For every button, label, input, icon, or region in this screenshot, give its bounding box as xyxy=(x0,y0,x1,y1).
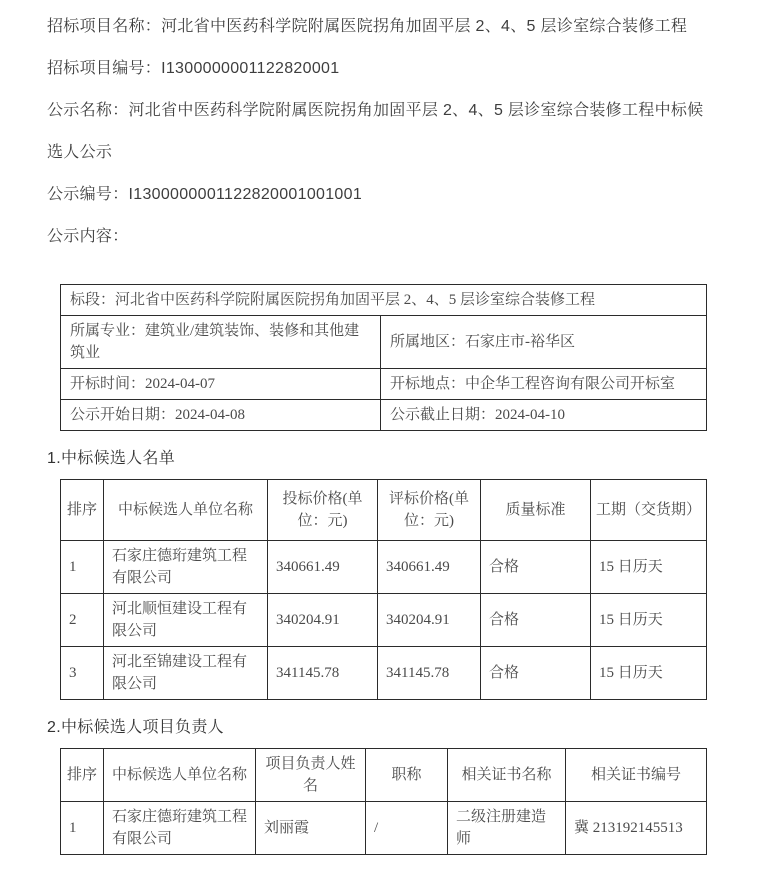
column-header-certificate-name: 相关证书名称 xyxy=(448,749,566,802)
table-header-row: 排序 中标候选人单位名称 投标价格(单位：元) 评标价格(单位：元) 质量标准 … xyxy=(61,480,707,541)
quality-cell: 合格 xyxy=(481,594,591,647)
duration-cell: 15 日历天 xyxy=(591,594,707,647)
announcement-content-label: 公示内容： xyxy=(47,216,708,258)
section-title-candidates: 1.中标候选人名单 xyxy=(47,447,708,471)
company-cell: 河北至锦建设工程有限公司 xyxy=(104,647,268,700)
job-title-cell: / xyxy=(366,802,448,855)
announcement-name: 公示名称：河北省中医药科学院附属医院拐角加固平层 2、4、5 层诊室综合装修工程… xyxy=(47,90,708,174)
company-cell: 河北顺恒建设工程有限公司 xyxy=(104,594,268,647)
project-leader-table: 排序 中标候选人单位名称 项目负责人姓名 职称 相关证书名称 相关证书编号 1 … xyxy=(60,748,707,855)
candidates-table: 排序 中标候选人单位名称 投标价格(单位：元) 评标价格(单位：元) 质量标准 … xyxy=(60,479,707,700)
table-header-row: 排序 中标候选人单位名称 项目负责人姓名 职称 相关证书名称 相关证书编号 xyxy=(61,749,707,802)
industry-cell: 所属专业：建筑业/建筑装饰、装修和其他建筑业 xyxy=(61,316,381,369)
table-row: 所属专业：建筑业/建筑装饰、装修和其他建筑业 所属地区：石家庄市-裕华区 xyxy=(61,316,707,369)
rank-cell: 3 xyxy=(61,647,104,700)
table-row: 1 石家庄德珩建筑工程有限公司 刘丽霞 / 二级注册建造师 冀 21319214… xyxy=(61,802,707,855)
eval-price-cell: 341145.78 xyxy=(378,647,481,700)
rank-cell: 1 xyxy=(61,541,104,594)
bid-price-cell: 341145.78 xyxy=(268,647,378,700)
bid-price-cell: 340204.91 xyxy=(268,594,378,647)
opening-time-cell: 开标时间：2024-04-07 xyxy=(61,369,381,400)
table-row: 公示开始日期：2024-04-08 公示截止日期：2024-04-10 xyxy=(61,400,707,431)
publicity-start-cell: 公示开始日期：2024-04-08 xyxy=(61,400,381,431)
bid-section-cell: 标段：河北省中医药科学院附属医院拐角加固平层 2、4、5 层诊室综合装修工程 xyxy=(61,285,707,316)
table-row: 标段：河北省中医药科学院附属医院拐角加固平层 2、4、5 层诊室综合装修工程 xyxy=(61,285,707,316)
leader-name-cell: 刘丽霞 xyxy=(256,802,366,855)
publicity-end-cell: 公示截止日期：2024-04-10 xyxy=(381,400,707,431)
column-header-leader-name: 项目负责人姓名 xyxy=(256,749,366,802)
column-header-rank: 排序 xyxy=(61,749,104,802)
certificate-number-cell: 冀 213192145513 xyxy=(566,802,707,855)
column-header-rank: 排序 xyxy=(61,480,104,541)
eval-price-cell: 340204.91 xyxy=(378,594,481,647)
column-header-certificate-number: 相关证书编号 xyxy=(566,749,707,802)
column-header-quality: 质量标准 xyxy=(481,480,591,541)
rank-cell: 1 xyxy=(61,802,104,855)
duration-cell: 15 日历天 xyxy=(591,647,707,700)
column-header-job-title: 职称 xyxy=(366,749,448,802)
company-cell: 石家庄德珩建筑工程有限公司 xyxy=(104,802,256,855)
column-header-eval-price: 评标价格(单位：元) xyxy=(378,480,481,541)
column-header-duration: 工期（交货期） xyxy=(591,480,707,541)
eval-price-cell: 340661.49 xyxy=(378,541,481,594)
certificate-name-cell: 二级注册建造师 xyxy=(448,802,566,855)
table-row: 开标时间：2024-04-07 开标地点：中企华工程咨询有限公司开标室 xyxy=(61,369,707,400)
table-row: 1 石家庄德珩建筑工程有限公司 340661.49 340661.49 合格 1… xyxy=(61,541,707,594)
quality-cell: 合格 xyxy=(481,647,591,700)
opening-place-cell: 开标地点：中企华工程咨询有限公司开标室 xyxy=(381,369,707,400)
table-row: 3 河北至锦建设工程有限公司 341145.78 341145.78 合格 15… xyxy=(61,647,707,700)
project-info-table: 标段：河北省中医药科学院附属医院拐角加固平层 2、4、5 层诊室综合装修工程 所… xyxy=(60,284,707,431)
section-title-leaders: 2.中标候选人项目负责人 xyxy=(47,716,708,740)
bid-project-name: 招标项目名称：河北省中医药科学院附属医院拐角加固平层 2、4、5 层诊室综合装修… xyxy=(47,6,708,48)
announcement-document: 招标项目名称：河北省中医药科学院附属医院拐角加固平层 2、4、5 层诊室综合装修… xyxy=(0,0,765,855)
column-header-bid-price: 投标价格(单位：元) xyxy=(268,480,378,541)
column-header-company: 中标候选人单位名称 xyxy=(104,480,268,541)
bid-price-cell: 340661.49 xyxy=(268,541,378,594)
region-cell: 所属地区：石家庄市-裕华区 xyxy=(381,316,707,369)
table-row: 2 河北顺恒建设工程有限公司 340204.91 340204.91 合格 15… xyxy=(61,594,707,647)
company-cell: 石家庄德珩建筑工程有限公司 xyxy=(104,541,268,594)
bid-project-number: 招标项目编号：I1300000001122820001 xyxy=(47,48,708,90)
announcement-number: 公示编号：I1300000001122820001001001 xyxy=(47,174,708,216)
duration-cell: 15 日历天 xyxy=(591,541,707,594)
column-header-company: 中标候选人单位名称 xyxy=(104,749,256,802)
quality-cell: 合格 xyxy=(481,541,591,594)
rank-cell: 2 xyxy=(61,594,104,647)
